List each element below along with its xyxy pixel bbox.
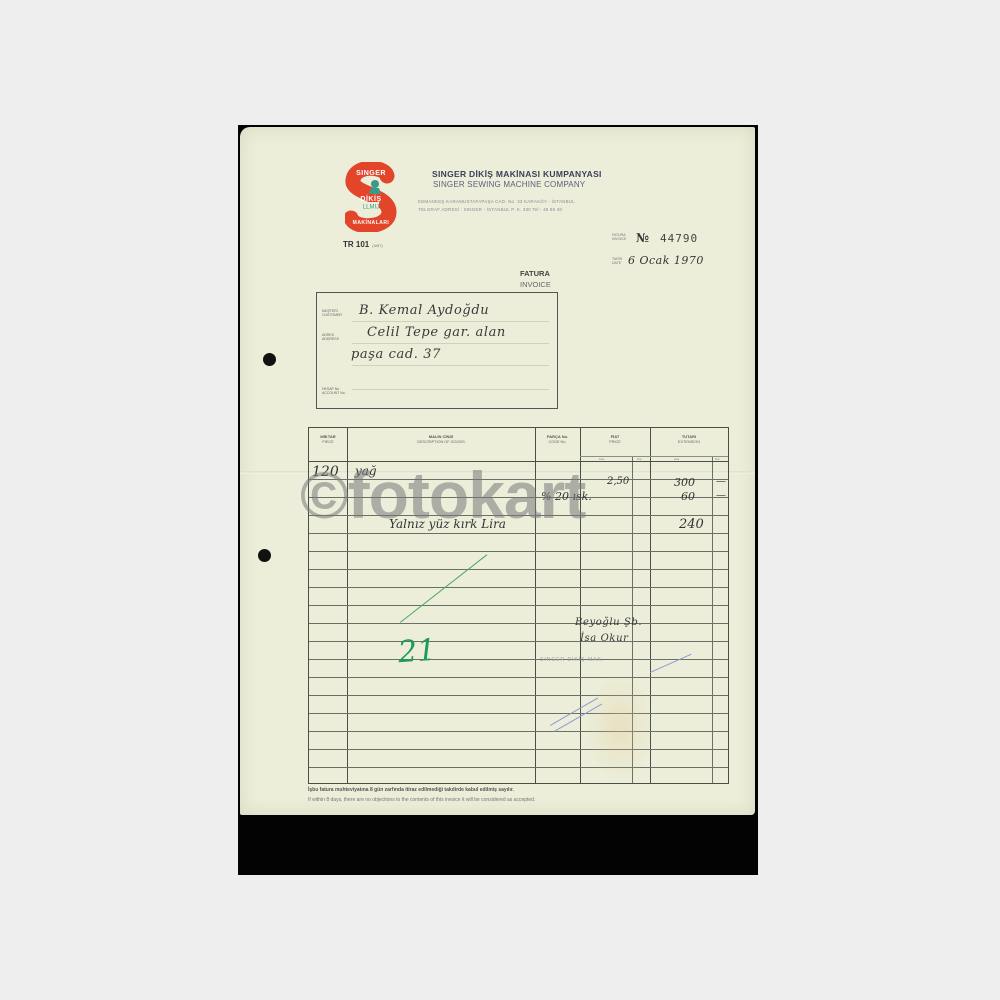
invoice-title-turkish: FATURA [520,269,550,278]
punch-hole-bottom [258,549,271,562]
customer-name: B. Kemal Aydoğdu [359,303,489,318]
customer-address-line2: paşa cad. 37 [351,347,441,362]
faded-stamp: SINGER DİKİŞ MAK. [540,657,604,663]
company-name-english: SINGER SEWING MACHINE COMPANY [433,180,585,189]
row-total: 240 [679,517,704,532]
invoice-title-english: INVOICE [520,280,551,289]
invoice-number-label: FATURAINVOICE [612,233,626,241]
logo-middle-text: DİKİŞ [345,196,397,203]
invoice-paper: LLMIJ SINGER DİKİŞ MAKİNALARI TR 101(4/6… [240,127,755,815]
green-handwritten-mark: 21 [397,633,438,671]
invoice-date-label: TARİHDATE [612,257,622,265]
logo-bottom-text: MAKİNALARI [345,220,397,226]
account-label: HESAP No.ACCOUNT No. [322,387,346,395]
company-name-turkish: SINGER DİKİŞ MAKİNASI KUMPANYASI [432,169,602,179]
header-amount: TUTARIEXTENSION [650,434,728,445]
form-code: TR 101(4/67) [343,240,383,249]
watermark: ©fotokart [300,457,585,533]
company-telegraph: TELGRAF ADRESİ : SINGER - İSTANBUL P. K.… [418,207,562,212]
header-code: PARÇA No.CODE No. [535,434,580,445]
svg-text:LLMIJ: LLMIJ [363,205,379,211]
footer-note-english: If within 8 days, there are no objection… [308,797,535,803]
address-label: ADRESADDRESS [322,333,339,341]
customer-label: MÜŞTERİCUSTOMER [322,309,342,317]
invoice-number: 44790 [660,232,698,245]
header-price: FİATPRICE [580,434,650,445]
invoice-date: 6 Ocak 1970 [628,254,704,267]
company-address: KEMANKEŞ KARAMUSTAFAPAŞA CAD. No. 33 KAR… [418,199,575,204]
row-amount-kurus: — [716,490,726,501]
number-symbol: № [636,231,649,245]
header-description: MALIN CİNSİDESCRIPTION OF GOODS [347,434,535,445]
paper-stain [585,672,655,782]
singer-logo: LLMIJ SINGER DİKİŞ MAKİNALARI [345,162,397,232]
logo-top-text: SINGER [345,170,397,177]
signature-branch: Beyoğlu Şb. [575,617,642,628]
row-amount-kurus: — [716,476,726,487]
row-price: 2,50 [607,476,629,487]
customer-address-line1: Celil Tepe gar. alan [367,325,506,340]
signature-name: İsa Okur [580,633,629,644]
row-amount: 300 [674,476,695,489]
row-amount: 60 [681,490,695,503]
header-quantity: MİKTARPIECE [309,434,347,445]
customer-box: MÜŞTERİCUSTOMER ADRESADDRESS HESAP No.AC… [316,292,558,409]
footer-note-turkish: İşbu fatura muhteviyatına 8 gün zarfında… [308,787,514,793]
punch-hole-top [263,353,276,366]
